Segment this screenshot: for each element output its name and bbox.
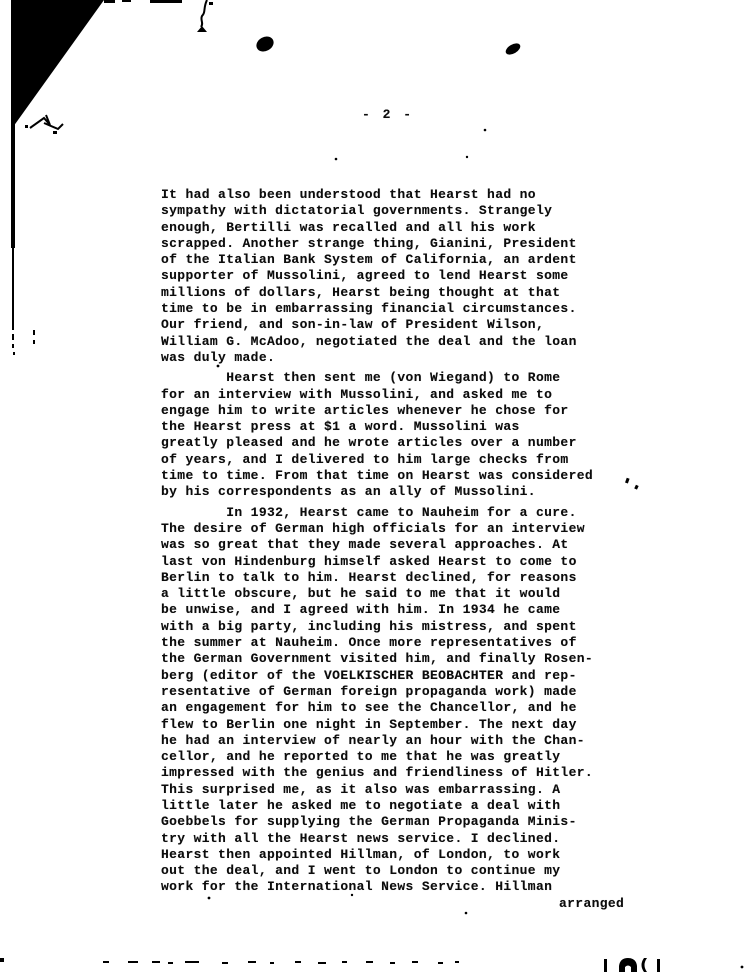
text-line: greatly pleased and he wrote articles ov… xyxy=(161,435,593,451)
text-line: Hearst then sent me (von Wiegand) to Rom… xyxy=(161,370,593,386)
text-line: the summer at Nauheim. Once more represe… xyxy=(161,635,593,651)
text-line: scrapped. Another strange thing, Gianini… xyxy=(161,236,593,252)
text-line: Goebbels for supplying the German Propag… xyxy=(161,814,593,830)
text-line: flew to Berlin one night in September. T… xyxy=(161,717,593,733)
text-line: the Hearst press at $1 a word. Mussolini… xyxy=(161,419,593,435)
text-line: In 1932, Hearst came to Nauheim for a cu… xyxy=(161,505,593,521)
paragraph: In 1932, Hearst came to Nauheim for a cu… xyxy=(161,505,593,896)
text-line: cellor, and he reported to me that he wa… xyxy=(161,749,593,765)
text-line: Hearst then appointed Hillman, of London… xyxy=(161,847,593,863)
ink-blob-left-artifact xyxy=(254,34,276,55)
text-line: time to time. From that time on Hearst w… xyxy=(161,468,593,484)
text-line: work for the International News Service.… xyxy=(161,879,593,895)
text-line: supporter of Mussolini, agreed to lend H… xyxy=(161,268,593,284)
text-line: of years, and I delivered to him large c… xyxy=(161,452,593,468)
text-line: for an interview with Mussolini, and ask… xyxy=(161,387,593,403)
page-number: - 2 - xyxy=(362,107,414,123)
text-line: sympathy with dictatorial governments. S… xyxy=(161,203,593,219)
text-line: he had an interview of nearly an hour wi… xyxy=(161,733,593,749)
text-line: This surprised me, as it also was embarr… xyxy=(161,782,593,798)
scan-left-edge-line-artifact xyxy=(11,0,35,355)
ink-blob-right-artifact xyxy=(504,41,522,57)
text-line: with a big party, including his mistress… xyxy=(161,619,593,635)
text-line: the German Government visited him, and f… xyxy=(161,651,593,667)
catchword-arranged: arranged xyxy=(559,896,624,912)
text-line: impressed with the genius and friendline… xyxy=(161,765,593,781)
text-line: be unwise, and I agreed with him. In 193… xyxy=(161,602,593,618)
pen-scribble-corner-artifact xyxy=(25,115,63,134)
bottom-stamp-fragment-artifact xyxy=(604,958,660,972)
text-line: enough, Bertilli was recalled and all hi… xyxy=(161,220,593,236)
text-line: was so great that they made several appr… xyxy=(161,537,593,553)
paragraph: It had also been understood that Hearst … xyxy=(161,187,593,366)
pen-squiggle-top-artifact xyxy=(197,0,213,32)
scan-corner-fold-artifact xyxy=(13,0,182,127)
text-line: Berlin to talk to him. Hearst declined, … xyxy=(161,570,593,586)
text-line: little later he asked me to negotiate a … xyxy=(161,798,593,814)
text-line: an engagement for him to see the Chancel… xyxy=(161,700,593,716)
text-line: last von Hindenburg himself asked Hearst… xyxy=(161,554,593,570)
text-line: The desire of German high officials for … xyxy=(161,521,593,537)
bottom-dotted-line-artifact xyxy=(0,958,459,964)
text-line: William G. McAdoo, negotiated the deal a… xyxy=(161,334,593,350)
text-line: out the deal, and I went to London to co… xyxy=(161,863,593,879)
text-line: a little obscure, but he said to me that… xyxy=(161,586,593,602)
text-line: millions of dollars, Hearst being though… xyxy=(161,285,593,301)
text-line: try with all the Hearst news service. I … xyxy=(161,831,593,847)
text-line: of the Italian Bank System of California… xyxy=(161,252,593,268)
text-line: It had also been understood that Hearst … xyxy=(161,187,593,203)
text-line: berg (editor of the VOELKISCHER BEOBACHT… xyxy=(161,668,593,684)
text-line: resentative of German foreign propaganda… xyxy=(161,684,593,700)
text-line: was duly made. xyxy=(161,350,593,366)
text-line: by his correspondents as an ally of Muss… xyxy=(161,484,593,500)
text-line: time to be in embarrassing financial cir… xyxy=(161,301,593,317)
paragraph: Hearst then sent me (von Wiegand) to Rom… xyxy=(161,370,593,500)
text-line: engage him to write articles whenever he… xyxy=(161,403,593,419)
text-line: Our friend, and son-in-law of President … xyxy=(161,317,593,333)
text-block: It had also been understood that Hearst … xyxy=(161,187,593,900)
